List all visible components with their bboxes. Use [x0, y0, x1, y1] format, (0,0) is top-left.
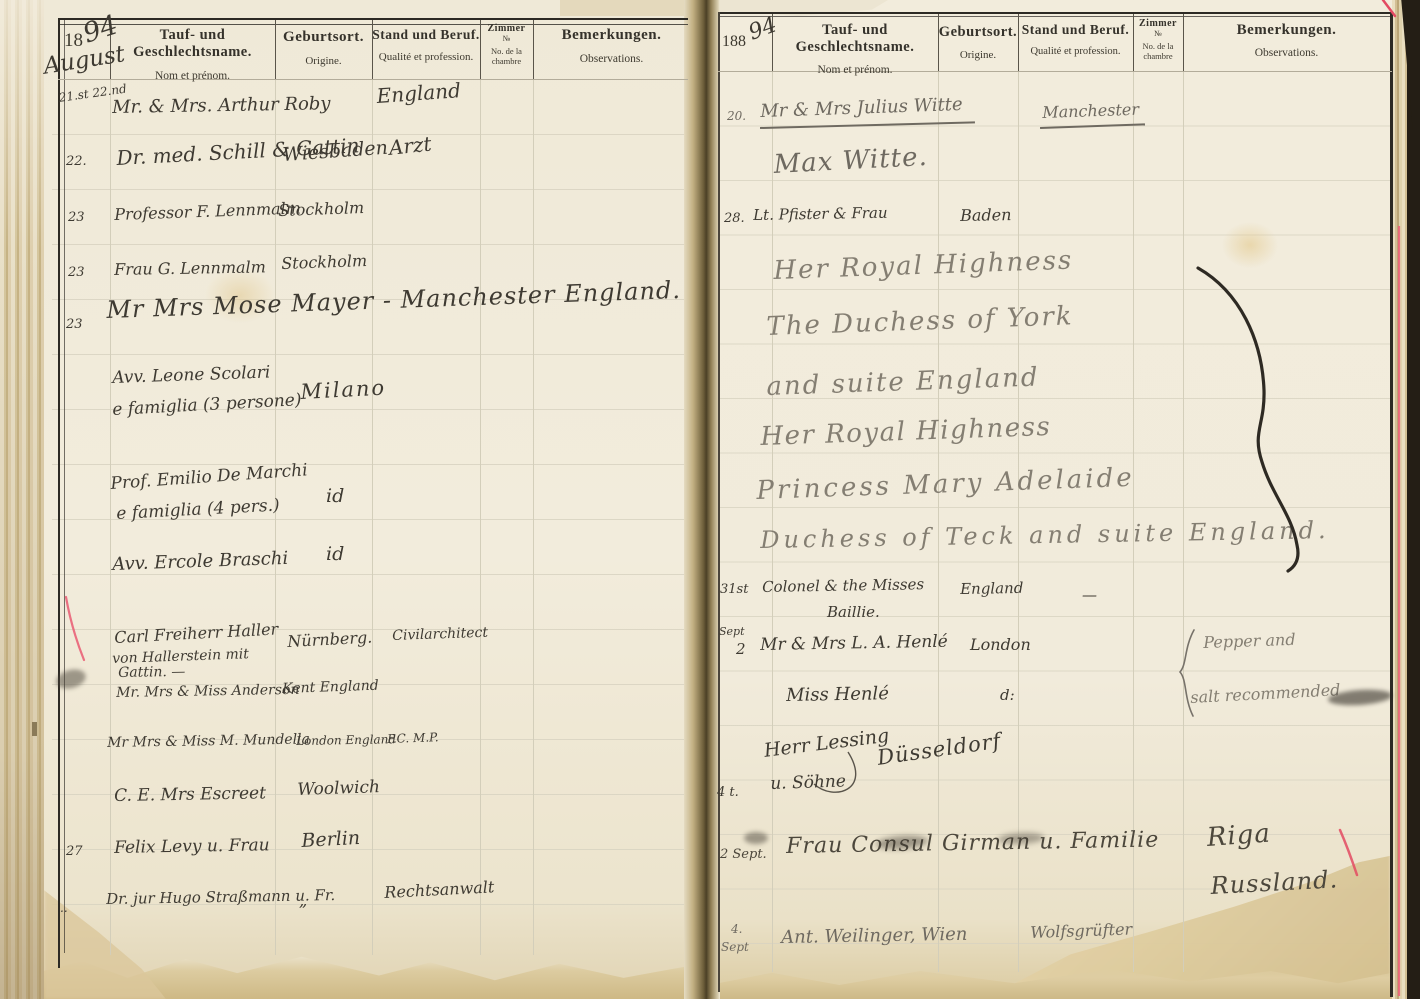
right-header-remarks-fr: Observations.	[1183, 47, 1390, 59]
entry-origin: Stockholm	[278, 200, 364, 219]
left-header-room: Zimmer № No. de la chambre	[480, 23, 533, 66]
entry-name: Max Witte.	[773, 144, 928, 178]
entry-profession: P.C. M.P.	[387, 731, 439, 745]
right-table-left-border	[718, 12, 720, 992]
entry-profession: Arzt	[388, 134, 432, 158]
right-header-room-1: Zimmer	[1133, 18, 1183, 29]
left-header-remarks: Bemerkungen. Observations.	[533, 27, 690, 65]
right-header-profession-de: Stand und Beruf.	[1018, 22, 1133, 38]
remark-line: Pepper and	[1203, 632, 1296, 651]
left-col-line-1	[110, 80, 111, 955]
left-table-left-border	[58, 18, 60, 968]
left-col-line-3	[372, 80, 373, 955]
entry-origin-ditto: id	[326, 487, 344, 506]
entry-date: 20.	[727, 110, 746, 122]
right-header-profession: Stand und Beruf. Qualité et profession.	[1018, 22, 1133, 57]
left-header-room-4: chambre	[480, 56, 533, 66]
entry-origin: Woolwich	[297, 779, 380, 799]
entry-name: Mr. Mrs & Miss Anderson	[116, 683, 300, 700]
right-header-remarks: Bemerkungen. Observations.	[1183, 22, 1390, 59]
entry-origin: Nürnberg.	[287, 630, 373, 650]
right-table-top-border	[718, 12, 1392, 14]
right-header-room-2: №	[1133, 29, 1183, 38]
left-header-remarks-de: Bemerkungen.	[533, 27, 690, 44]
right-header-name-fr: Nom et prénom.	[772, 64, 938, 76]
left-header-name-de: Tauf- und Geschlechtsname.	[110, 27, 275, 61]
left-header-room-2: №	[480, 34, 533, 43]
entry-name-line2: Baillie.	[827, 605, 880, 620]
margin-note: 4 t.	[717, 786, 739, 799]
entry-name: Miss Henlé	[786, 685, 889, 705]
left-col-line-4	[480, 80, 481, 955]
right-header-origin: Geburtsort. Origine.	[938, 24, 1018, 61]
left-header-origin-fr: Origine.	[275, 55, 372, 67]
entry-date: 23	[66, 318, 83, 331]
entry-name: Colonel & the Misses	[762, 577, 924, 595]
right-table-top-border-2	[718, 16, 1392, 17]
entry-date: 27	[66, 845, 83, 858]
entry-month: Sept	[721, 941, 749, 953]
entry-date: 28.	[724, 212, 745, 225]
left-header-room-1: Zimmer	[480, 23, 533, 34]
entry-origin-ditto: d:	[1000, 688, 1015, 703]
background-right	[1407, 0, 1420, 999]
right-header-room-4: chambre	[1133, 51, 1183, 61]
right-header-profession-fr: Qualité et profession.	[1018, 46, 1133, 57]
entry-origin: Berlin	[301, 829, 361, 851]
left-header-origin: Geburtsort. Origine.	[275, 29, 372, 67]
entry-date: 4.	[731, 923, 742, 935]
entry-dash: —	[1082, 588, 1097, 603]
entry-origin: England	[376, 80, 461, 106]
left-header-profession-fr: Qualité et profession.	[372, 51, 480, 63]
entry-date: 31st	[720, 583, 748, 596]
entry-origin: London England	[296, 733, 396, 747]
left-header-origin-de: Geburtsort.	[275, 29, 372, 46]
entry-profession: Wolfsgrüfter	[1030, 921, 1132, 941]
entry-origin: Riga	[1206, 821, 1272, 851]
entry-name: Mr Mrs & Miss M. Mundella	[107, 732, 310, 750]
entry-origin: England	[960, 581, 1023, 597]
entry-name: Frau G. Lennmalm	[114, 259, 266, 278]
right-header-room: Zimmer № No. de la chambre	[1133, 18, 1183, 61]
entry-name: C. E. Mrs Escreet	[114, 785, 266, 805]
entry-origin: Baden	[960, 207, 1012, 224]
left-col-line-5	[533, 80, 534, 955]
entry-date: 22.	[66, 155, 87, 168]
right-header-origin-fr: Origine.	[938, 49, 1018, 61]
entry-origin-ditto: id	[326, 545, 344, 564]
entry-date: 23	[68, 211, 85, 224]
entry-name: Felix Levy u. Frau	[114, 837, 270, 857]
right-header-origin-de: Geburtsort.	[938, 24, 1018, 41]
entry-name: Ant. Weilinger, Wien	[781, 926, 968, 947]
left-header-profession: Stand und Beruf. Qualité et profession.	[372, 27, 480, 63]
book-gutter	[684, 0, 720, 999]
left-header-name-fr: Nom et prénom.	[110, 70, 275, 82]
entry-profession: Civilarchitect	[392, 626, 488, 643]
left-header-profession-de: Stand und Beruf.	[372, 27, 480, 43]
page-stack-left-shade	[0, 0, 46, 999]
entry-date: 2	[736, 642, 746, 657]
entry-name: Lt. Pfister & Frau	[753, 206, 888, 223]
entry-origin: London	[970, 637, 1031, 653]
right-header-name-de: Tauf- und Geschlechtsname.	[772, 22, 938, 56]
left-header-remarks-fr: Observations.	[533, 53, 690, 65]
entry-name-line3: Gattin. —	[118, 665, 185, 680]
left-header-name: Tauf- und Geschlechtsname. Nom et prénom…	[110, 27, 275, 82]
entry-origin-ditto: „	[299, 893, 307, 909]
right-year-printed: 188	[722, 33, 746, 51]
entry-name: Mr. & Mrs. Arthur Roby	[112, 95, 331, 117]
entry-name-line2: u. Söhne	[770, 773, 846, 793]
left-header-room-3: No. de la	[480, 46, 533, 56]
entry-origin: Kent England	[282, 679, 379, 696]
left-table-left-border-2	[64, 18, 65, 953]
entry-month: Sept	[719, 626, 745, 637]
entry-origin: Manchester	[1042, 102, 1139, 121]
entry-date: ..	[60, 902, 68, 914]
entry-origin-line2: Russland.	[1210, 867, 1339, 898]
left-table-top-border-2	[58, 24, 688, 25]
entry-origin: Milano	[300, 378, 387, 403]
left-table-top-border	[58, 18, 688, 20]
entry-origin: Stockholm	[281, 253, 367, 272]
right-header-remarks-de: Bemerkungen.	[1183, 22, 1390, 39]
right-table-right-border	[1390, 12, 1393, 997]
hotel-register-scan: 94 18 August Tauf- und Geschlechtsname. …	[0, 0, 1420, 999]
entry-date: 23	[68, 266, 85, 279]
right-header-room-3: No. de la	[1133, 41, 1183, 51]
entry-name: Mr & Mrs L. A. Henlé	[760, 634, 948, 654]
right-header-name: Tauf- und Geschlechtsname. Nom et prénom…	[772, 22, 938, 76]
entry-date: 2 Sept.	[720, 848, 767, 861]
